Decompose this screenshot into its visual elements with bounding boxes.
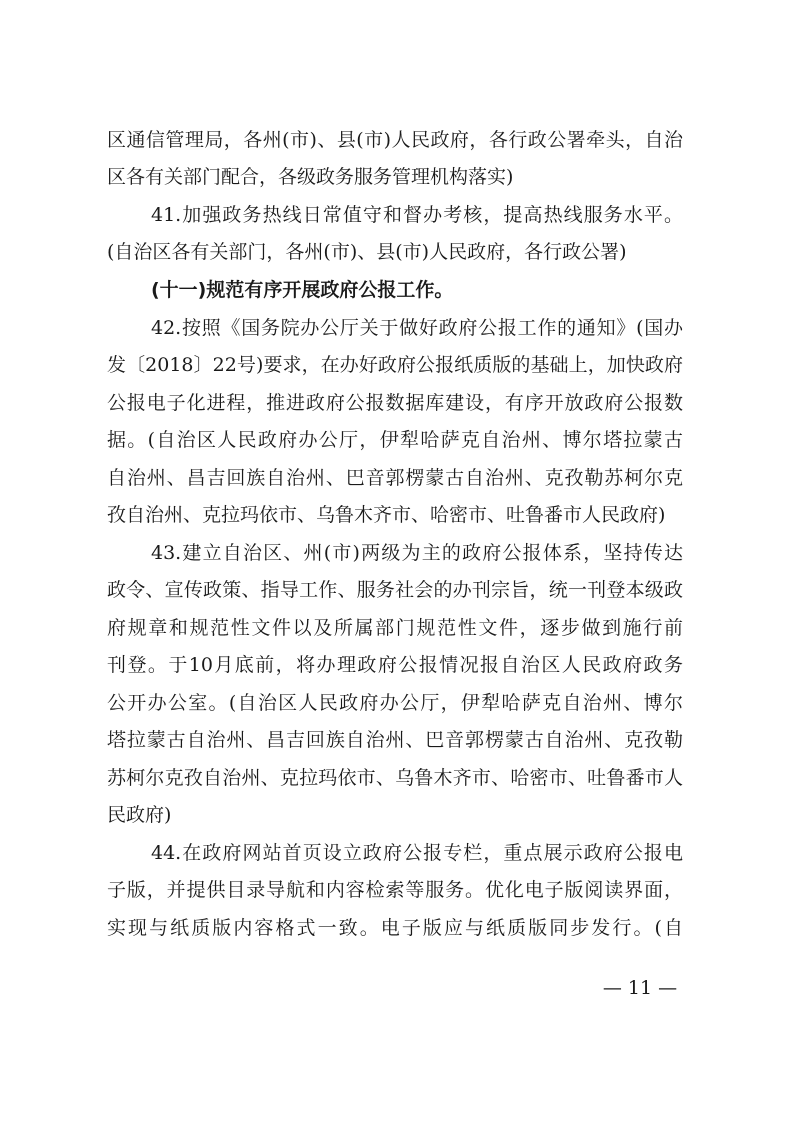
text-line: 苏柯尔克孜自治州、克拉玛依市、乌鲁木齐市、哈密市、吐鲁番市人	[107, 763, 683, 793]
text-line: 府规章和规范性文件以及所属部门规范性文件，逐步做到施行前	[107, 613, 683, 643]
text-line: 公报电子化进程，推进政府公报数据库建设，有序开放政府公报数	[107, 388, 683, 418]
text-line: 区通信管理局，各州(市)、县(市)人民政府，各行政公署牵头，自治	[107, 125, 683, 155]
text-line: 塔拉蒙古自治州、昌吉回族自治州、巴音郭楞蒙古自治州、克孜勒	[107, 725, 683, 755]
text-line: 区各有关部门配合，各级政务服务管理机构落实)	[107, 162, 683, 192]
text-line: 41.加强政务热线日常值守和督办考核，提高热线服务水平。	[151, 200, 683, 230]
text-line: 民政府)	[107, 800, 683, 830]
text-line: 实现与纸质版内容格式一致。电子版应与纸质版同步发行。(自	[107, 913, 683, 943]
text-line: 刊登。于10月底前，将办理政府公报情况报自治区人民政府政务	[107, 650, 683, 680]
text-line: 发〔2018〕22号)要求，在办好政府公报纸质版的基础上，加快政府	[107, 350, 683, 380]
text-line: 43.建立自治区、州(市)两级为主的政府公报体系，坚持传达	[151, 538, 683, 568]
text-line: 42.按照《国务院办公厅关于做好政府公报工作的通知》(国办	[151, 313, 683, 343]
page-number: — 11 —	[596, 974, 684, 1002]
document-page: 区通信管理局，各州(市)、县(市)人民政府，各行政公署牵头，自治区各有关部门配合…	[0, 0, 793, 1122]
text-line: 政令、宣传政策、指导工作、服务社会的办刊宗旨，统一刊登本级政	[107, 575, 683, 605]
text-line: 自治州、昌吉回族自治州、巴音郭楞蒙古自治州、克孜勒苏柯尔克	[107, 463, 683, 493]
text-line: 44.在政府网站首页设立政府公报专栏，重点展示政府公报电	[151, 838, 683, 868]
section-heading: (十一)规范有序开展政府公报工作。	[151, 275, 683, 305]
text-line: (自治区各有关部门，各州(市)、县(市)人民政府，各行政公署)	[107, 237, 683, 267]
text-line: 据。(自治区人民政府办公厅，伊犁哈萨克自治州、博尔塔拉蒙古	[107, 425, 683, 455]
text-line: 公开办公室。(自治区人民政府办公厅，伊犁哈萨克自治州、博尔	[107, 688, 683, 718]
text-line: 孜自治州、克拉玛依市、乌鲁木齐市、哈密市、吐鲁番市人民政府)	[107, 500, 683, 530]
text-line: 子版，并提供目录导航和内容检索等服务。优化电子版阅读界面，	[107, 875, 683, 905]
